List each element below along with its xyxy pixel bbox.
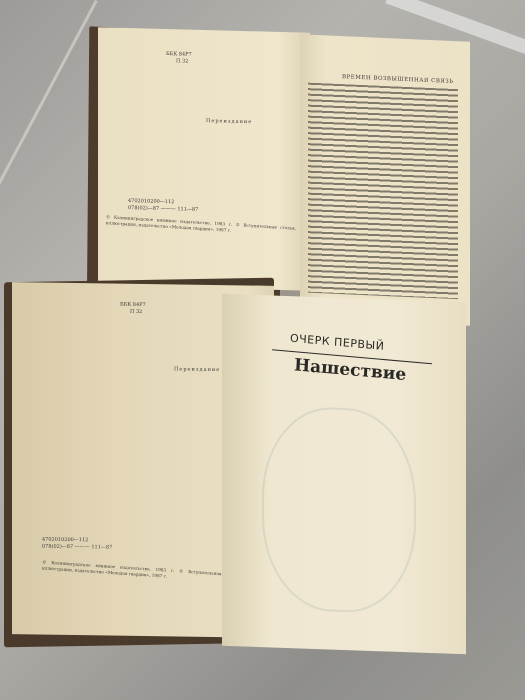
edition-note: Переиздание xyxy=(174,366,220,373)
section-label: ОЧЕРК ПЕРВЫЙ xyxy=(290,332,385,353)
copyright: © Калининградское книжное издательство, … xyxy=(42,559,242,584)
catalog-code: ББК 84Р7 xyxy=(120,302,146,308)
top-book-left-page: ББК 84Р7 П 32 Переиздание 4702010200—112… xyxy=(98,27,310,291)
chapter-title: ВРЕМЕН ВОЗВЫШЕННАЯ СВЯЗЬ xyxy=(342,74,453,85)
body-text xyxy=(308,83,458,300)
copyright: © Калининградское книжное издательство, … xyxy=(106,214,296,238)
catalog-index: П 32 xyxy=(176,58,188,64)
isbn-line-1: 4702010200—112 xyxy=(42,537,88,544)
isbn-line-2: 078(02)—87 ——— 111—87 xyxy=(128,205,198,213)
bottom-book: ББК 84Р7 П 32 Переиздание 4702010200—112… xyxy=(0,270,525,700)
isbn-line-2: 078(02)—87 ——— 111—87 xyxy=(42,544,112,551)
faded-illustration xyxy=(262,405,416,614)
bottom-book-right-page: ОЧЕРК ПЕРВЫЙ Нашествие xyxy=(222,294,466,655)
catalog-index: П 32 xyxy=(130,309,142,315)
catalog-code: ББК 84Р7 xyxy=(166,51,192,58)
isbn-line-1: 4702010200—112 xyxy=(128,198,174,205)
edition-note: Переиздание xyxy=(206,118,252,125)
